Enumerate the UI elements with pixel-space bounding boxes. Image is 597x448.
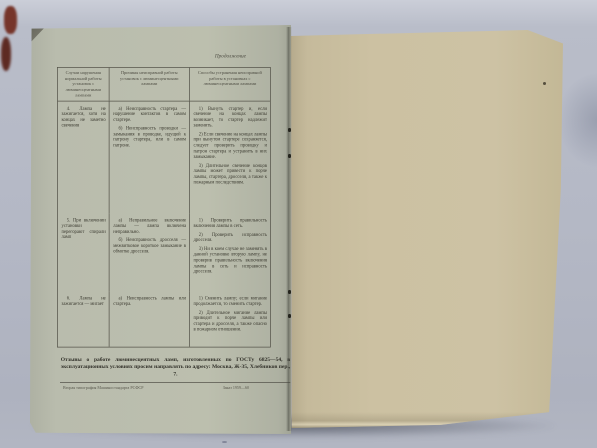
imprint-divider [60,382,290,383]
cause-text: а) Неисправность лампы или стартера. [113,295,186,306]
staple [288,290,291,294]
dust-speck [222,441,227,443]
staple [288,128,291,132]
remedy-text: 3) Ни в коем случае не заменять в данной… [194,246,268,274]
remedy-text: 2) Длительное мигание лампы приводит к п… [194,310,268,333]
remedy-text: 3) Длительное свечение концов лампы може… [194,163,268,186]
case-cell: 6. Лампа не зажигается — мигает [58,291,109,347]
case-text: 4. Лампа не зажигается, хотя на концах н… [62,106,106,129]
imprint-line: Вторая типография Машиностандарта РСФСР … [63,386,249,391]
causes-cell: а) Неисправность лампы или стартера. [109,291,189,347]
table-header-row: Случаи нарушения нормальной работы устан… [58,68,270,101]
table-row: 5. При включении установки перегорают сп… [58,213,270,291]
order-number: Заказ 1959—60 [223,386,249,391]
booklet-spine [286,27,292,431]
case-cell: 4. Лампа не зажигается, хотя на концах н… [58,101,109,213]
case-text: 5. При включении установки перегорают сп… [62,217,106,240]
header-cell-remedies: Способы устранения неисправной работы в … [189,68,270,101]
table-row: 4. Лампа не зажигается, хотя на концах н… [58,101,270,213]
remedy-text: 2) Если свечение на концах лампы при вын… [194,131,268,159]
case-text: 6. Лампа не зажигается — мигает [62,295,106,306]
cause-text: б) Неисправность дросселя — межвитковое … [113,238,186,255]
cause-text: а) Неправильное включение лампы — лампа … [113,217,186,234]
header-cell-causes: Причины неисправной работы установок с л… [109,68,189,101]
header-cell-cases: Случаи нарушения нормальной работы устан… [58,68,109,101]
cause-text: а) Неисправность стартера — нарушение ко… [113,106,186,123]
remedy-text: 2) Проверить исправность дросселя. [194,232,268,243]
continuation-label: Продолжение [30,53,246,59]
photo-of-open-booklet: Продолжение Случаи нарушения нормальной … [0,0,597,448]
remedies-cell: 1) Сменить лампу; если мигание продолжае… [189,291,270,347]
troubleshooting-table: Случаи нарушения нормальной работы устан… [57,67,271,347]
causes-cell: а) Неисправность стартера — нарушение ко… [109,101,189,213]
red-mark [1,37,11,71]
left-page: Продолжение Случаи нарушения нормальной … [30,25,291,434]
red-mark [4,6,17,34]
case-cell: 5. При включении установки перегорают сп… [58,213,109,291]
remedy-text: 1) Вынуть стартер и, если свечение на ко… [194,106,268,129]
remedies-cell: 1) Вынуть стартер и, если свечение на ко… [189,101,270,213]
staple [288,154,291,158]
right-page-blank [291,30,563,428]
causes-cell: а) Неправильное включение лампы — лампа … [109,213,189,291]
cause-text: б) Неисправность проводки — замыкания в … [113,126,186,149]
staple [288,314,291,318]
left-page-content: Продолжение Случаи нарушения нормальной … [30,25,291,434]
remedy-text: 1) Проверить правильность включения ламп… [194,217,268,228]
paper-speck [543,82,546,85]
table-row: 6. Лампа не зажигается — мигает а) Неисп… [58,291,270,347]
feedback-notice: Отзывы о работе люминесцентных ламп, изг… [61,356,291,377]
remedy-text: 1) Сменить лампу; если мигание продолжае… [194,295,268,306]
printer-name: Вторая типография Машиностандарта РСФСР [63,386,143,391]
background-shadow [557,72,597,168]
remedies-cell: 1) Проверить правильность включения ламп… [189,213,270,291]
